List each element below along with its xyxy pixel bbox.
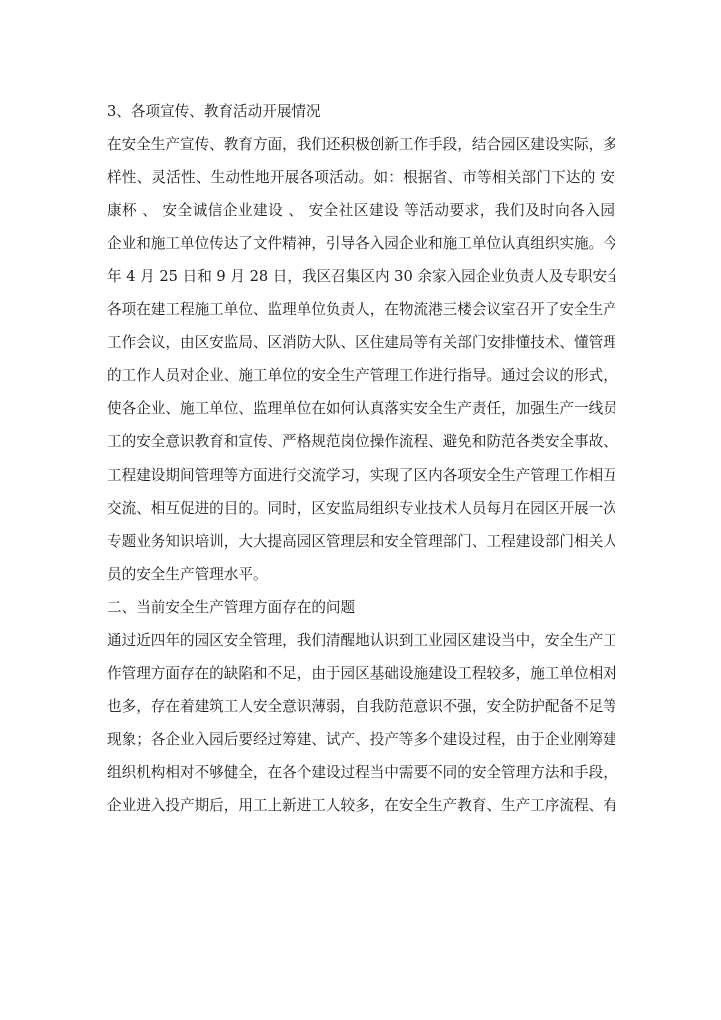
paragraph-line: 的工作人员对企业、施工单位的安全生产管理工作进行指导。通过会议的形式， (107, 359, 615, 392)
paragraph-line: 员的安全生产管理水平。 (107, 558, 615, 591)
section-heading-current-problems: 二、当前安全生产管理方面存在的问题 (107, 591, 615, 624)
paragraph-line: 工作会议，由区安监局、区消防大队、区住建局等有关部门安排懂技术、懂管理 (107, 326, 615, 359)
paragraph-line: 样性、灵活性、生动性地开展各项活动。如：根据省、市等相关部门下达的 安 (107, 161, 615, 194)
paragraph-line: 作管理方面存在的缺陷和不足，由于园区基础设施建设工程较多，施工单位相对 (107, 657, 615, 690)
document-page: 3、各项宣传、教育活动开展情况 在安全生产宣传、教育方面，我们还积极创新工作手段… (107, 95, 615, 822)
paragraph-line: 康杯 、 安全诚信企业建设 、 安全社区建设 等活动要求，我们及时向各入园 (107, 194, 615, 227)
paragraph-line: 通过近四年的园区安全管理，我们清醒地认识到工业园区建设当中，安全生产工 (107, 624, 615, 657)
paragraph-line: 工程建设期间管理等方面进行交流学习，实现了区内各项安全生产管理工作相互 (107, 459, 615, 492)
paragraph-line: 年 4 月 25 日和 9 月 28 日，我区召集区内 30 余家入园企业负责人… (107, 260, 615, 293)
paragraph-line: 交流、相互促进的目的。同时，区安监局组织专业技术人员每月在园区开展一次 (107, 492, 615, 525)
paragraph-line: 现象；各企业入园后要经过筹建、试产、投产等多个建设过程，由于企业刚筹建， (107, 723, 615, 756)
paragraph-line: 专题业务知识培训，大大提高园区管理层和安全管理部门、工程建设部门相关人 (107, 525, 615, 558)
paragraph-line: 在安全生产宣传、教育方面，我们还积极创新工作手段，结合园区建设实际，多 (107, 128, 615, 161)
paragraph-line: 组织机构相对不够健全，在各个建设过程当中需要不同的安全管理方法和手段， (107, 756, 615, 789)
paragraph-line: 也多，存在着建筑工人安全意识薄弱，自我防范意识不强，安全防护配备不足等 (107, 690, 615, 723)
paragraph-line: 工的安全意识教育和宣传、严格规范岗位操作流程、避免和防范各类安全事故、 (107, 425, 615, 458)
paragraph-line: 企业和施工单位传达了文件精神，引导各入园企业和施工单位认真组织实施。今 (107, 227, 615, 260)
paragraph-line: 使各企业、施工单位、监理单位在如何认真落实安全生产责任，加强生产一线员 (107, 392, 615, 425)
section-heading-publicity-education: 3、各项宣传、教育活动开展情况 (107, 95, 615, 128)
paragraph-line: 各项在建工程施工单位、监理单位负责人，在物流港三楼会议室召开了安全生产 (107, 293, 615, 326)
paragraph-line: 企业进入投产期后，用工上新进工人较多，在安全生产教育、生产工序流程、有 (107, 789, 615, 822)
